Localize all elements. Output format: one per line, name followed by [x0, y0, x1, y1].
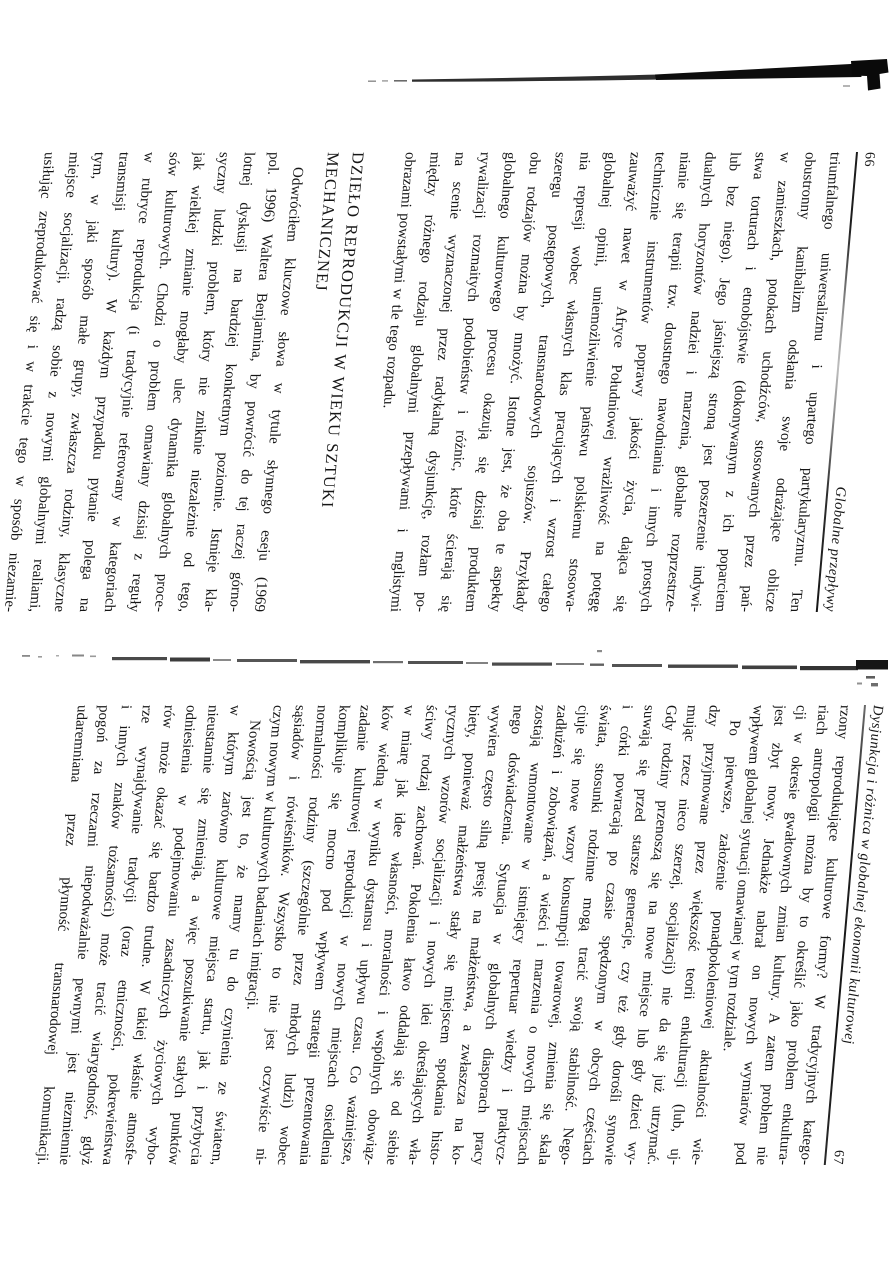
page-67: Dysjunkcja i różnica w globalnej ekonomi… — [30, 705, 886, 1165]
scan-ink-streak-top — [368, 59, 889, 91]
paragraph: Po pierwsze, założenie ponadpokoleniowej… — [226, 705, 746, 1165]
paragraph: Odwróciłem kluczowe słowa w tytule słynn… — [0, 152, 311, 612]
paragraph: triumfalnego uniwersalizmu i upartego pa… — [357, 152, 847, 612]
page-67-text: rzony reprodukujące kulturowe formy? W t… — [30, 705, 855, 1165]
page-number: 67 — [829, 1150, 847, 1165]
paragraph: Nowością jest to, że mamy tu do czynieni… — [30, 705, 266, 1165]
page-number: 66 — [860, 152, 878, 167]
page-66-text: triumfalnego uniwersalizmu i upartego pa… — [0, 152, 847, 612]
page-66: 66 Globalne przepływy triumfalnego uniwe… — [0, 152, 878, 612]
scanned-book-spread: 66 Globalne przepływy triumfalnego uniwe… — [0, 0, 893, 1263]
scan-gutter-shadow — [22, 650, 888, 686]
